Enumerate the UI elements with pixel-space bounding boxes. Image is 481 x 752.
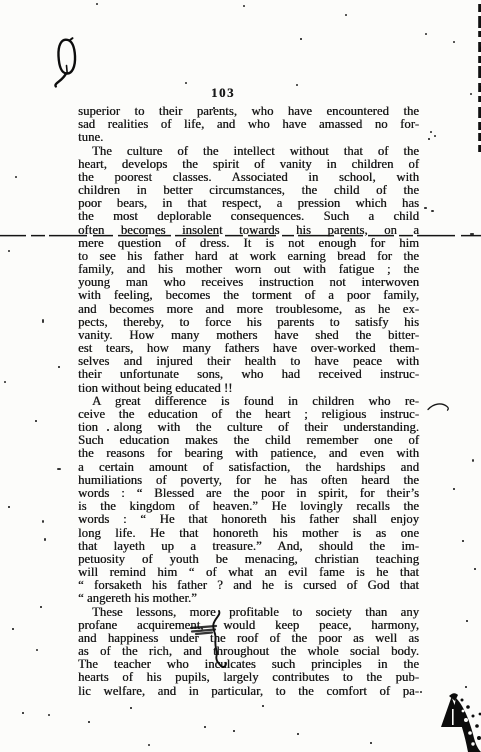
dust-speck: [15, 176, 17, 178]
pen-doodle-icon: [55, 38, 75, 86]
dust-speck: [148, 744, 150, 746]
text-line: profane acquirement, would keep peace, h…: [78, 619, 419, 632]
dust-speck: [233, 730, 235, 732]
dust-speck: [42, 520, 44, 523]
dust-speck: [472, 459, 474, 462]
text-line: with feeling, becomes the torment of a p…: [78, 289, 419, 302]
text-line: tune.: [78, 131, 419, 144]
dust-speck: [470, 233, 474, 235]
dust-speck: [424, 207, 427, 209]
text-line: words : “ He that honoreth his father sh…: [78, 513, 419, 526]
text-block: superior to their parents, who have enco…: [78, 105, 419, 698]
page-number: 103: [199, 85, 247, 100]
dust-speck: [36, 649, 38, 651]
text-line: their unfortunate sons, who had received…: [78, 368, 419, 381]
text-line: a certain amount of satisfaction, the ha…: [78, 461, 419, 474]
dust-speck: [40, 606, 42, 608]
dust-speck: [42, 319, 44, 323]
dust-speck: [370, 742, 372, 744]
text-line: long life. He that honoreth his mother i…: [78, 527, 419, 540]
dust-speck: [22, 712, 24, 714]
dust-speck: [430, 131, 432, 133]
margin-curve-mark: [428, 404, 448, 410]
dust-speck: [4, 381, 6, 383]
dust-speck: [474, 568, 476, 570]
dust-speck: [8, 250, 10, 252]
dust-speck: [465, 686, 467, 688]
dust-speck: [296, 84, 298, 86]
dust-speck: [88, 721, 90, 723]
text-line: heart, develops the spirit of vanity in …: [78, 158, 419, 171]
dust-speck: [204, 726, 206, 728]
text-line: tion without being educated !!: [78, 382, 419, 395]
dust-speck: [453, 41, 455, 43]
dust-speck: [243, 5, 245, 7]
text-line: These lessons, more profitable to societ…: [78, 606, 419, 619]
text-line: lic welfare, and in particular, to the c…: [78, 685, 419, 698]
dust-speck: [12, 628, 14, 630]
dust-speck: [44, 538, 46, 541]
text-line: A great difference is found in children …: [78, 395, 419, 408]
dust-speck: [345, 14, 347, 16]
dust-speck: [297, 733, 299, 735]
dust-speck: [434, 135, 436, 137]
text-line: “ angereth his mother.”: [78, 592, 419, 605]
dust-speck: [453, 488, 455, 490]
dust-speck: [57, 468, 61, 470]
dust-speck: [185, 82, 187, 84]
dust-speck: [213, 107, 215, 109]
dust-speck: [107, 429, 109, 431]
dust-speck: [262, 705, 264, 707]
dust-speck: [466, 620, 468, 622]
text-line: the most deplorable consequences. Such a…: [78, 210, 419, 223]
text-line: sad realities of life, and who have amas…: [78, 118, 419, 131]
dust-speck: [420, 691, 422, 693]
dust-speck: [96, 3, 98, 5]
dust-speck: [431, 210, 434, 212]
text-line: humiliations of poverty, for he has ofte…: [78, 474, 419, 487]
scanned-book-page: 103 superior to their parents, who have …: [0, 0, 481, 752]
dust-speck: [470, 93, 472, 95]
dust-speck: [35, 420, 37, 422]
text-line: mere question of dress. It is not enough…: [78, 237, 419, 250]
dust-speck: [425, 33, 427, 35]
dust-speck: [58, 366, 60, 368]
dust-speck: [300, 38, 302, 40]
dust-speck: [462, 540, 464, 542]
text-line: often becomes insolent towards his paren…: [78, 224, 419, 237]
dust-speck: [8, 506, 10, 508]
dust-speck: [428, 138, 430, 140]
dust-speck: [130, 707, 132, 709]
corner-blob-artifact: [441, 693, 481, 752]
text-line: The culture of the intellect without tha…: [78, 145, 419, 158]
text-line: pects, thereby, to force his parents to …: [78, 316, 419, 329]
text-line: and becomes more and more troublesome, a…: [78, 303, 419, 316]
dust-speck: [48, 714, 50, 716]
text-line: the reasons for bearing with patience, a…: [78, 447, 419, 460]
text-line: hearts of his pupils, largely contribute…: [78, 671, 419, 684]
text-line: that layeth up a treasure.” And, should …: [78, 540, 419, 553]
